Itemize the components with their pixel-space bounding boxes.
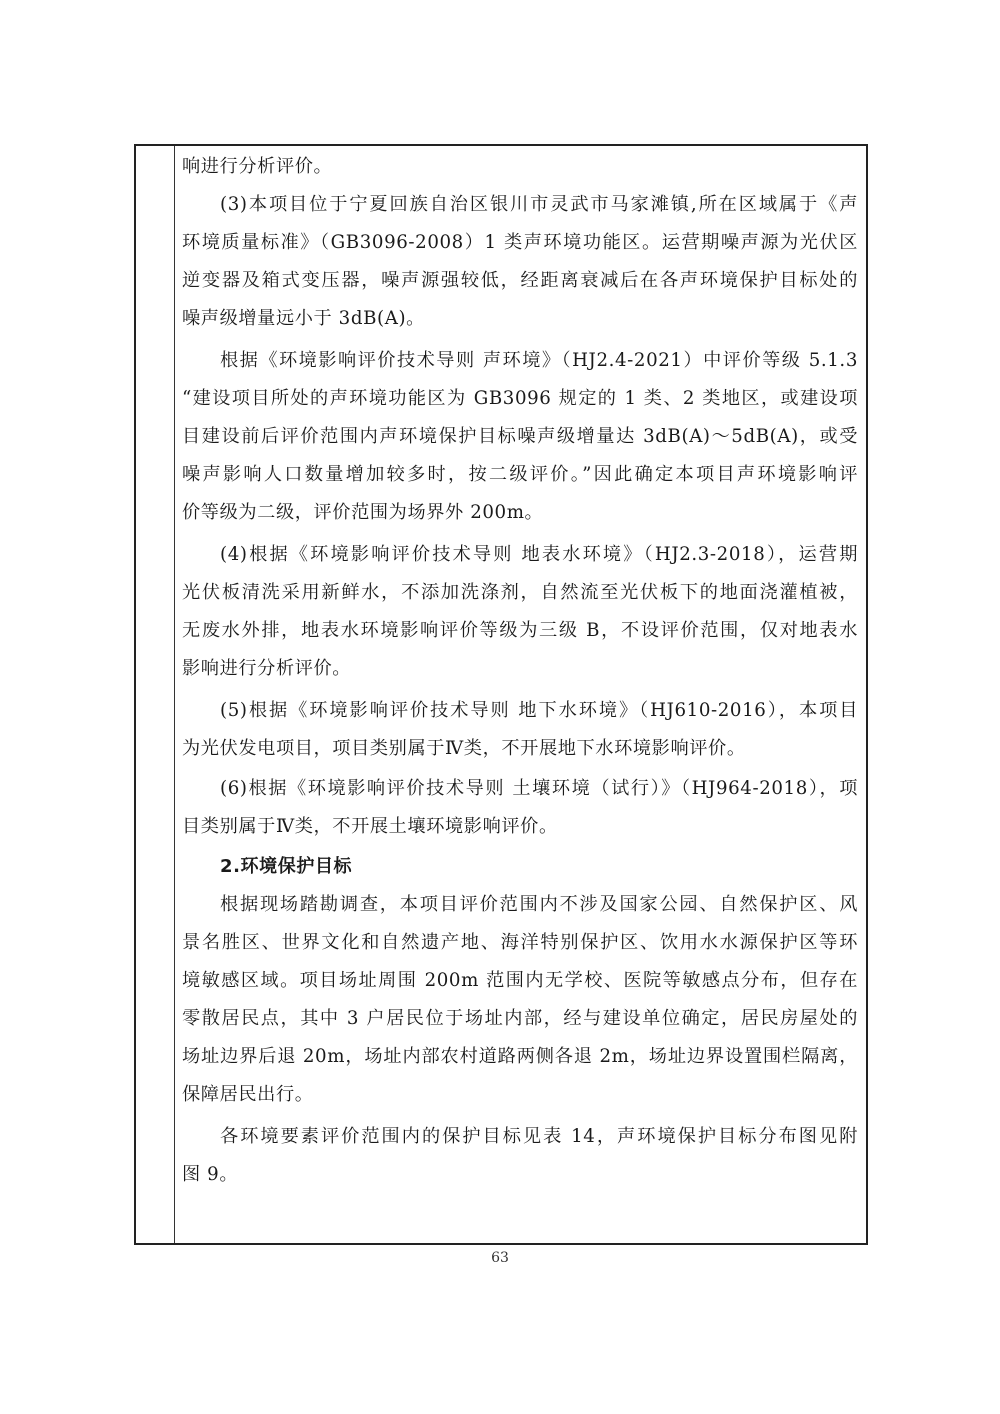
text-line: 环境质量标准》（GB3096-2008）1 类声环境功能区。运营期噪声源为光伏区 <box>182 224 858 262</box>
text-line: 根据现场踏勘调查，本项目评价范围内不涉及国家公园、自然保护区、风 <box>182 886 858 924</box>
text-line: 影响进行分析评价。 <box>182 650 858 688</box>
text-line: 图 9。 <box>182 1156 858 1194</box>
text-line: 目建设前后评价范围内声环境保护目标噪声级增量达 3dB(A)～5dB(A)，或受 <box>182 418 858 456</box>
text-line: 价等级为二级，评价范围为场界外 200m。 <box>182 494 858 532</box>
text-line: 逆变器及箱式变压器，噪声源强较低，经距离衰减后在各声环境保护目标处的 <box>182 262 858 300</box>
text-line: (5)根据《环境影响评价技术导则 地下水环境》（HJ610-2016），本项目 <box>182 692 858 730</box>
text-line: 场址边界后退 20m，场址内部农村道路两侧各退 2m，场址边界设置围栏隔离， <box>182 1038 858 1076</box>
text-line: 噪声影响人口数量增加较多时，按二级评价。”因此确定本项目声环境影响评 <box>182 456 858 494</box>
text-line: (6)根据《环境影响评价技术导则 土壤环境（试行）》（HJ964-2018），项 <box>182 770 858 808</box>
text-line: (3)本项目位于宁夏回族自治区银川市灵武市马家滩镇,所在区域属于《声 <box>182 186 858 224</box>
text-line: “建设项目所处的声环境功能区为 GB3096 规定的 1 类、2 类地区，或建设… <box>182 380 858 418</box>
section-heading: 2.环境保护目标 <box>182 848 858 886</box>
text-line: 目类别属于Ⅳ类，不开展土壤环境影响评价。 <box>182 808 858 846</box>
text-line: 根据《环境影响评价技术导则 声环境》（HJ2.4-2021）中评价等级 5.1.… <box>182 342 858 380</box>
text-line: (4)根据《环境影响评价技术导则 地表水环境》（HJ2.3-2018），运营期 <box>182 536 858 574</box>
document-table-frame: 响进行分析评价。(3)本项目位于宁夏回族自治区银川市灵武市马家滩镇,所在区域属于… <box>134 144 868 1245</box>
text-line: 光伏板清洗采用新鲜水，不添加洗涤剂，自然流至光伏板下的地面浇灌植被， <box>182 574 858 612</box>
text-line: 境敏感区域。项目场址周围 200m 范围内无学校、医院等敏感点分布，但存在 <box>182 962 858 1000</box>
text-line: 各环境要素评价范围内的保护目标见表 14，声环境保护目标分布图见附 <box>182 1118 858 1156</box>
text-line: 为光伏发电项目，项目类别属于Ⅳ类，不开展地下水环境影响评价。 <box>182 730 858 768</box>
text-line: 零散居民点，其中 3 户居民位于场址内部，经与建设单位确定，居民房屋处的 <box>182 1000 858 1038</box>
page-number: 63 <box>0 1250 1000 1266</box>
text-line: 景名胜区、世界文化和自然遗产地、海洋特别保护区、饮用水水源保护区等环 <box>182 924 858 962</box>
text-line: 噪声级增量远小于 3dB(A)。 <box>182 300 858 338</box>
text-line: 无废水外排，地表水环境影响评价等级为三级 B，不设评价范围，仅对地表水 <box>182 612 858 650</box>
text-line: 响进行分析评价。 <box>182 148 858 186</box>
text-line: 保障居民出行。 <box>182 1076 858 1114</box>
table-left-column <box>136 146 175 1243</box>
